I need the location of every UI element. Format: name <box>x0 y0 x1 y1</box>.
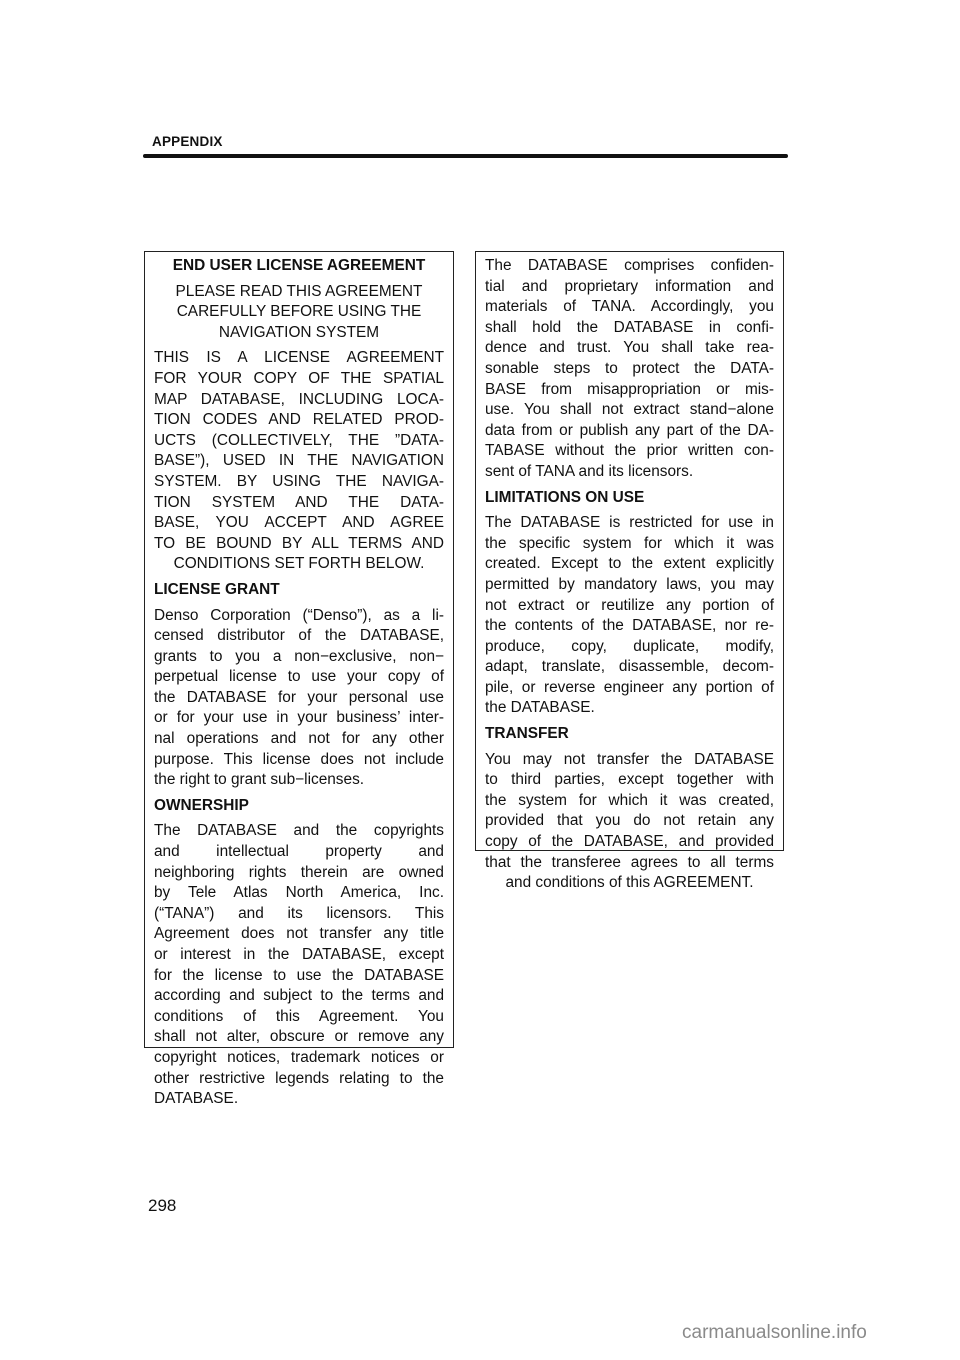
watermark: carmanualsonline.info <box>682 1322 867 1344</box>
text-line: the DATABASE for your personal use <box>154 688 444 709</box>
intro-line: BASE”), USED IN THE NAVIGATION <box>154 451 444 472</box>
intro-line: TION SYSTEM AND THE DATA- <box>154 493 444 514</box>
text-line: purpose. This license does not include <box>154 750 444 771</box>
confidentiality-paragraph: The DATABASE comprises confiden- tial an… <box>485 256 774 483</box>
license-agreement-left-column: END USER LICENSE AGREEMENT PLEASE READ T… <box>144 251 454 1048</box>
text-line: or interest in the DATABASE, except <box>154 945 444 966</box>
license-grant-heading: LICENSE GRANT <box>154 580 444 601</box>
limitations-heading: LIMITATIONS ON USE <box>485 488 774 509</box>
section-header-label: APPENDIX <box>152 134 223 149</box>
text-line: the DATABASE. <box>485 698 774 719</box>
intro-line: SYSTEM. BY USING THE NAVIGA- <box>154 472 444 493</box>
text-line: and intellectual property and <box>154 842 444 863</box>
text-line: adapt, translate, disassemble, decom- <box>485 657 774 678</box>
intro-paragraph: THIS IS A LICENSE AGREEMENT FOR YOUR COP… <box>154 348 444 575</box>
text-line: copyright notices, trademark notices or <box>154 1048 444 1069</box>
text-line: for the license to use the DATABASE <box>154 966 444 987</box>
text-line: or for your use in your business’ inter- <box>154 708 444 729</box>
text-line: censed distributor of the DATABASE, <box>154 626 444 647</box>
text-line: The DATABASE comprises confiden- <box>485 256 774 277</box>
intro-line: TO BE BOUND BY ALL TERMS AND <box>154 534 444 555</box>
notice-line: NAVIGATION SYSTEM <box>154 323 444 344</box>
text-line: sent of TANA and its licensors. <box>485 462 774 483</box>
text-line: data from or publish any part of the DA- <box>485 421 774 442</box>
intro-line: THIS IS A LICENSE AGREEMENT <box>154 348 444 369</box>
text-line: neighboring rights therein are owned <box>154 863 444 884</box>
page-number: 298 <box>148 1196 176 1216</box>
notice-line: PLEASE READ THIS AGREEMENT <box>154 282 444 303</box>
text-line: perpetual license to use your copy of <box>154 667 444 688</box>
transfer-paragraph: You may not transfer the DATABASE to thi… <box>485 750 774 894</box>
text-line: permitted by mandatory laws, you may <box>485 575 774 596</box>
license-grant-paragraph: Denso Corporation (“Denso”), as a li- ce… <box>154 606 444 791</box>
intro-line: CONDITIONS SET FORTH BELOW. <box>154 554 444 575</box>
text-line: grants to you a non−exclusive, non− <box>154 647 444 668</box>
text-line: and conditions of this AGREEMENT. <box>485 873 774 894</box>
text-line: use. You shall not extract stand−alone <box>485 400 774 421</box>
intro-line: FOR YOUR COPY OF THE SPATIAL <box>154 369 444 390</box>
text-line: The DATABASE is restricted for use in <box>485 513 774 534</box>
text-line: conditions of this Agreement. You <box>154 1007 444 1028</box>
text-line: that the transferee agrees to all terms <box>485 853 774 874</box>
text-line: by Tele Atlas North America, Inc. <box>154 883 444 904</box>
ownership-paragraph: The DATABASE and the copyrights and inte… <box>154 821 444 1109</box>
text-line: Denso Corporation (“Denso”), as a li- <box>154 606 444 627</box>
text-line: dence and trust. You shall take rea- <box>485 338 774 359</box>
agreement-title: END USER LICENSE AGREEMENT <box>154 256 444 277</box>
intro-line: BASE, YOU ACCEPT AND AGREE <box>154 513 444 534</box>
notice-line: CAREFULLY BEFORE USING THE <box>154 302 444 323</box>
text-line: The DATABASE and the copyrights <box>154 821 444 842</box>
header-rule <box>143 154 788 158</box>
text-line: provided that you do not retain any <box>485 811 774 832</box>
text-line: other restrictive legends relating to th… <box>154 1069 444 1090</box>
text-line: TABASE without the prior written con- <box>485 441 774 462</box>
text-line: the specific system for which it was <box>485 534 774 555</box>
text-line: the system for which it was created, <box>485 791 774 812</box>
text-line: BASE from misappropriation or mis- <box>485 380 774 401</box>
text-line: sonable steps to protect the DATA- <box>485 359 774 380</box>
text-line: shall hold the DATABASE in confi- <box>485 318 774 339</box>
text-line: nal operations and not for any other <box>154 729 444 750</box>
text-line: (“TANA”) and its licensors. This <box>154 904 444 925</box>
text-line: created. Except to the extent explicitly <box>485 554 774 575</box>
text-line: tial and proprietary information and <box>485 277 774 298</box>
text-line: Agreement does not transfer any title <box>154 924 444 945</box>
text-line: DATABASE. <box>154 1089 444 1110</box>
text-line: copy of the DATABASE, and provided <box>485 832 774 853</box>
text-line: pile, or reverse engineer any portion of <box>485 678 774 699</box>
intro-line: UCTS (COLLECTIVELY, THE ”DATA- <box>154 431 444 452</box>
limitations-paragraph: The DATABASE is restricted for use in th… <box>485 513 774 719</box>
text-line: the contents of the DATABASE, nor re- <box>485 616 774 637</box>
read-carefully-notice: PLEASE READ THIS AGREEMENT CAREFULLY BEF… <box>154 282 444 344</box>
intro-line: TION CODES AND RELATED PROD- <box>154 410 444 431</box>
text-line: produce, copy, duplicate, modify, <box>485 637 774 658</box>
text-line: according and subject to the terms and <box>154 986 444 1007</box>
ownership-heading: OWNERSHIP <box>154 796 444 817</box>
transfer-heading: TRANSFER <box>485 724 774 745</box>
text-line: to third parties, except together with <box>485 770 774 791</box>
text-line: materials of TANA. Accordingly, you <box>485 297 774 318</box>
intro-line: MAP DATABASE, INCLUDING LOCA- <box>154 390 444 411</box>
text-line: You may not transfer the DATABASE <box>485 750 774 771</box>
text-line: not extract or reutilize any portion of <box>485 596 774 617</box>
text-line: shall not alter, obscure or remove any <box>154 1027 444 1048</box>
text-line: the right to grant sub−licenses. <box>154 770 444 791</box>
license-agreement-right-column: The DATABASE comprises confiden- tial an… <box>475 251 784 851</box>
